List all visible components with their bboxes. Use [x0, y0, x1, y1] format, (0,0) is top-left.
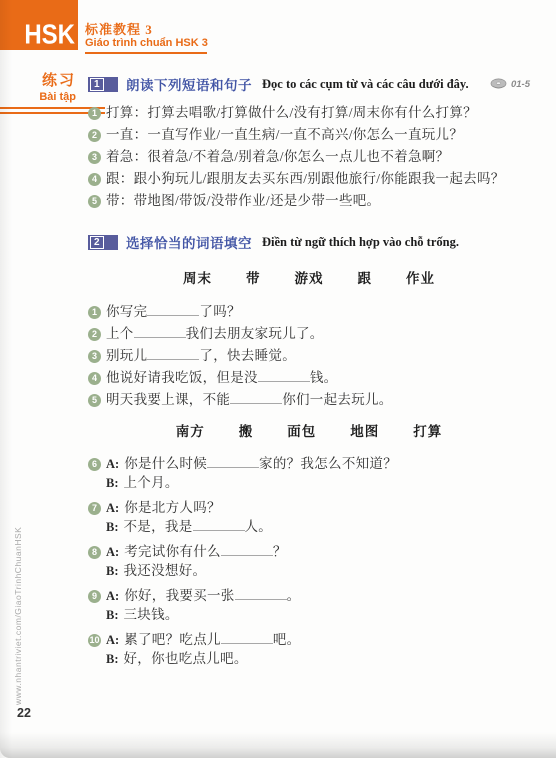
dialog-text: 你好，我要买一张。 [124, 587, 300, 606]
audio-cd-icon [490, 78, 507, 90]
word-bank-word: 南方 [176, 420, 205, 440]
section1-header: 1 朗读下列短语和句子 Đọc to các cụm từ và các câu… [88, 74, 530, 94]
fill-blank [134, 326, 186, 338]
dialog-line-b: B: 好，你也吃点儿吧。 [88, 650, 530, 669]
item-number-badge: 4 [88, 173, 101, 186]
book-title-chinese: 标准教程 3 [85, 23, 208, 37]
section2-dialog-items: 6 A: 你是什么时候家的？我怎么不知道？ B: 上个月。 7 A: 你是北方人… [88, 455, 530, 668]
dialog-text: 你是北方人吗？ [124, 499, 221, 518]
fill-blank [221, 632, 273, 644]
item-number-badge: 1 [88, 107, 101, 120]
book-title-block: 标准教程 3 Giáo trình chuẩn HSK 3 [85, 23, 208, 54]
item-number-badge: 3 [88, 350, 101, 363]
speaker-label: A: [106, 499, 119, 518]
page-edge-shadow-left [0, 0, 12, 758]
fill-blank [235, 588, 287, 600]
page-number: 22 [17, 706, 31, 720]
speaker-label: B: [106, 474, 119, 493]
list-item: 3 着急：很着急/不着急/别着急/你怎么一点儿也不着急啊？ [88, 146, 530, 168]
dialog-text: 你是什么时候家的？我怎么不知道？ [124, 455, 397, 474]
dialog-text: 好，你也吃点儿吧。 [124, 650, 248, 669]
section2-number-box: 2 [88, 235, 118, 250]
dialog-item: 7 A: 你是北方人吗？ B: 不是，我是人。 [88, 499, 530, 536]
list-item: 4 他说好请我吃饭，但是没钱。 [88, 367, 530, 389]
item-number-badge: 7 [88, 502, 101, 515]
dialog-line-b: B: 我还没想好。 [88, 562, 530, 581]
book-title-vietnamese: Giáo trình chuẩn HSK 3 [85, 37, 208, 50]
side-url: www.nhantriviet.com/GiaoTrinhChuanHSK [13, 425, 23, 705]
list-item: 1 你写完了吗？ [88, 301, 530, 323]
word-bank-word: 带 [246, 267, 261, 287]
section2-title-chinese: 选择恰当的词语填空 [126, 232, 252, 252]
word-bank-word: 跟 [358, 267, 373, 287]
item-number-badge: 6 [88, 458, 101, 471]
section1-items: 1 打算：打算去唱歌/打算做什么/没有打算/周末你有什么打算？ 2 一直：一直写… [88, 102, 530, 212]
word-bank-2: 南方 搬 面包 地图 打算 [88, 420, 530, 440]
speaker-label: A: [106, 455, 119, 474]
item-text: 跟：跟小狗玩儿/跟朋友去买东西/别跟他旅行/你能跟我一起去吗？ [106, 168, 505, 190]
item-number-badge: 2 [88, 129, 101, 142]
dialog-line-a: 6 A: 你是什么时候家的？我怎么不知道？ [88, 455, 530, 474]
fill-blank [230, 392, 282, 404]
fill-blank [147, 348, 199, 360]
section2-header: 2 选择恰当的词语填空 Điền từ ngữ thích hợp vào ch… [88, 232, 530, 252]
speaker-label: B: [106, 650, 119, 669]
dialog-text: 上个月。 [124, 474, 179, 493]
title-underline [85, 52, 207, 54]
section2-fill-items: 1 你写完了吗？ 2 上个我们去朋友家玩儿了。 3 别玩儿了，快去睡觉。 4 他… [88, 301, 530, 411]
dialog-line-a: 10 A: 累了吧？吃点儿吧。 [88, 631, 530, 650]
textbook-page: HSK 标准教程 3 Giáo trình chuẩn HSK 3 练习 Bài… [0, 0, 556, 758]
speaker-label: B: [106, 518, 119, 537]
list-item: 5 带：带地图/带饭/没带作业/还是少带一些吧。 [88, 190, 530, 212]
word-bank-word: 游戏 [295, 267, 324, 287]
item-number-badge: 3 [88, 151, 101, 164]
speaker-label: A: [106, 631, 119, 650]
dialog-line-b: B: 三块钱。 [88, 606, 530, 625]
item-text: 带：带地图/带饭/没带作业/还是少带一些吧。 [106, 190, 380, 212]
audio-track-number: 01-5 [511, 79, 530, 90]
item-number-badge: 4 [88, 372, 101, 385]
section1-title-vietnamese: Đọc to các cụm từ và các câu dưới đây. [262, 77, 469, 92]
speaker-label: A: [106, 543, 119, 562]
dialog-line-a: 9 A: 你好，我要买一张。 [88, 587, 530, 606]
fill-blank [147, 304, 199, 316]
word-bank-word: 地图 [350, 420, 379, 440]
fill-blank [221, 544, 273, 556]
item-text: 一直：一直写作业/一直生病/一直不高兴/你怎么一直玩儿？ [106, 124, 463, 146]
dialog-line-a: 8 A: 考完试你有什么？ [88, 543, 530, 562]
list-item: 5 明天我要上课，不能你们一起去玩儿。 [88, 389, 530, 411]
fill-blank [193, 519, 245, 531]
dialog-text: 不是，我是人。 [124, 518, 273, 537]
dialog-text: 累了吧？吃点儿吧。 [124, 631, 300, 650]
item-number-badge: 9 [88, 590, 101, 603]
dialog-line-b: B: 不是，我是人。 [88, 518, 530, 537]
list-item: 1 打算：打算去唱歌/打算做什么/没有打算/周末你有什么打算？ [88, 102, 530, 124]
dialog-item: 10 A: 累了吧？吃点儿吧。 B: 好，你也吃点儿吧。 [88, 631, 530, 668]
hsk-logo-text: HSK [24, 21, 75, 49]
section2-title-vietnamese: Điền từ ngữ thích hợp vào chỗ trống. [262, 235, 459, 250]
dialog-line-b: B: 上个月。 [88, 474, 530, 493]
page-edge-shadow-bottom [0, 732, 556, 758]
item-text: 你写完了吗？ [106, 301, 241, 323]
list-item: 2 上个我们去朋友家玩儿了。 [88, 323, 530, 345]
item-number-badge: 10 [88, 634, 101, 647]
list-item: 4 跟：跟小狗玩儿/跟朋友去买东西/别跟他旅行/你能跟我一起去吗？ [88, 168, 530, 190]
item-text: 打算：打算去唱歌/打算做什么/没有打算/周末你有什么打算？ [106, 102, 477, 124]
speaker-label: B: [106, 562, 119, 581]
section2-number: 2 [90, 236, 104, 249]
item-text: 他说好请我吃饭，但是没钱。 [106, 367, 337, 389]
fill-blank [258, 370, 310, 382]
item-text: 明天我要上课，不能你们一起去玩儿。 [106, 389, 393, 411]
speaker-label: A: [106, 587, 119, 606]
dialog-item: 9 A: 你好，我要买一张。 B: 三块钱。 [88, 587, 530, 624]
section1-number-box: 1 [88, 77, 118, 92]
dialog-item: 8 A: 考完试你有什么？ B: 我还没想好。 [88, 543, 530, 580]
fill-blank [207, 456, 259, 468]
item-number-badge: 1 [88, 306, 101, 319]
word-bank-word: 搬 [239, 420, 254, 440]
item-text: 着急：很着急/不着急/别着急/你怎么一点儿也不着急啊？ [106, 146, 449, 168]
dialog-item: 6 A: 你是什么时候家的？我怎么不知道？ B: 上个月。 [88, 455, 530, 492]
item-number-badge: 5 [88, 394, 101, 407]
item-text: 别玩儿了，快去睡觉。 [106, 345, 296, 367]
item-text: 上个我们去朋友家玩儿了。 [106, 323, 324, 345]
item-number-badge: 8 [88, 546, 101, 559]
word-bank-word: 作业 [406, 267, 435, 287]
audio-reference: 01-5 [490, 78, 530, 90]
list-item: 3 别玩儿了，快去睡觉。 [88, 345, 530, 367]
item-number-badge: 5 [88, 195, 101, 208]
word-bank-1: 周末 带 游戏 跟 作业 [88, 267, 530, 287]
list-item: 2 一直：一直写作业/一直生病/一直不高兴/你怎么一直玩儿？ [88, 124, 530, 146]
dialog-text: 我还没想好。 [124, 562, 207, 581]
dialog-line-a: 7 A: 你是北方人吗？ [88, 499, 530, 518]
dialog-text: 考完试你有什么？ [124, 543, 286, 562]
word-bank-word: 周末 [183, 267, 212, 287]
main-content: 1 朗读下列短语和句子 Đọc to các cụm từ và các câu… [88, 70, 530, 675]
speaker-label: B: [106, 606, 119, 625]
word-bank-word: 打算 [413, 420, 442, 440]
word-bank-word: 面包 [287, 420, 316, 440]
section1-number: 1 [90, 78, 104, 91]
item-number-badge: 2 [88, 328, 101, 341]
dialog-text: 三块钱。 [124, 606, 179, 625]
section1-title-chinese: 朗读下列短语和句子 [126, 74, 252, 94]
